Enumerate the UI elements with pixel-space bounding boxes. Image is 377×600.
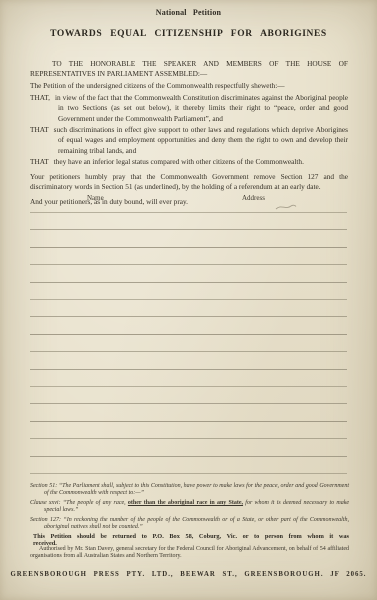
authorisation-note: Authorised by Mr. Stan Davey, general se… (30, 546, 349, 560)
name-column-header: Name (87, 194, 104, 202)
clause-text: such discriminations in effect give supp… (54, 125, 348, 154)
signature-line (30, 299, 347, 300)
signature-line (30, 282, 347, 283)
petition-intro: The Petition of the undersigned citizens… (30, 81, 348, 91)
signature-line (30, 403, 347, 404)
footnote-clause-xxvi: Clause xxvi: “The people of any race, ot… (30, 500, 349, 514)
printer-imprint: GREENSBOROUGH PRESS PTY. LTD., BEEWAR ST… (0, 571, 377, 578)
signature-line (30, 456, 347, 457)
footnote-section-51: Section 51: “The Parliament shall, subje… (30, 483, 349, 497)
signature-line (30, 212, 347, 213)
signature-line (30, 386, 347, 387)
that-clause-2: THATsuch discriminations in effect give … (30, 125, 348, 156)
footnote-lead: Section 127: (30, 517, 61, 523)
constitution-footnotes: Section 51: “The Parliament shall, subje… (30, 483, 349, 534)
clause-lead: THAT, (30, 93, 55, 102)
document-kicker: National Petition (0, 8, 377, 17)
petition-body: TO THE HONORABLE THE SPEAKER AND MEMBERS… (30, 59, 348, 209)
clause-text: in view of the fact that the Commonwealt… (55, 93, 348, 122)
signature-lines-area (30, 212, 347, 476)
footnote-lead: Clause xxvi: (30, 500, 61, 506)
signature-line (30, 247, 347, 248)
signature-column-headers: Name Address (30, 194, 347, 204)
signature-line (30, 264, 347, 265)
signature-line (30, 351, 347, 352)
that-clause-1: THAT,in view of the fact that the Common… (30, 93, 348, 124)
address-column-header: Address (242, 194, 265, 202)
prayer-paragraph: Your petitioners humbly pray that the Co… (30, 172, 348, 192)
stray-pen-mark (274, 202, 298, 212)
signature-line (30, 421, 347, 422)
footnote-text-pre: “The people of any race, (63, 500, 128, 506)
that-clause-3: THATthey have an inferior legal status c… (30, 157, 348, 167)
signature-line (30, 369, 347, 370)
clause-lead: THAT (30, 157, 54, 166)
page-title: TOWARDS EQUAL CITIZENSHIP FOR ABORIGINES (0, 29, 377, 39)
footnote-lead: Section 51: (30, 483, 57, 489)
signature-line (30, 229, 347, 230)
footnote-section-127: Section 127: “In reckoning the number of… (30, 517, 349, 531)
clause-lead: THAT (30, 125, 54, 134)
footnote-text: “The Parliament shall, subject to this C… (44, 483, 349, 496)
signature-line (30, 316, 347, 317)
clause-text: they have an inferior legal status compa… (54, 157, 304, 166)
signature-line (30, 438, 347, 439)
signature-line (30, 334, 347, 335)
return-instructions: This Petition should be returned to P.O.… (33, 533, 349, 547)
underlined-phrase: other than the aboriginal race in any St… (128, 500, 243, 506)
footnote-text: “In reckoning the number of the people o… (44, 517, 349, 530)
signature-line (30, 473, 347, 474)
petition-page: National Petition TOWARDS EQUAL CITIZENS… (0, 0, 377, 600)
salutation: TO THE HONORABLE THE SPEAKER AND MEMBERS… (30, 59, 348, 79)
